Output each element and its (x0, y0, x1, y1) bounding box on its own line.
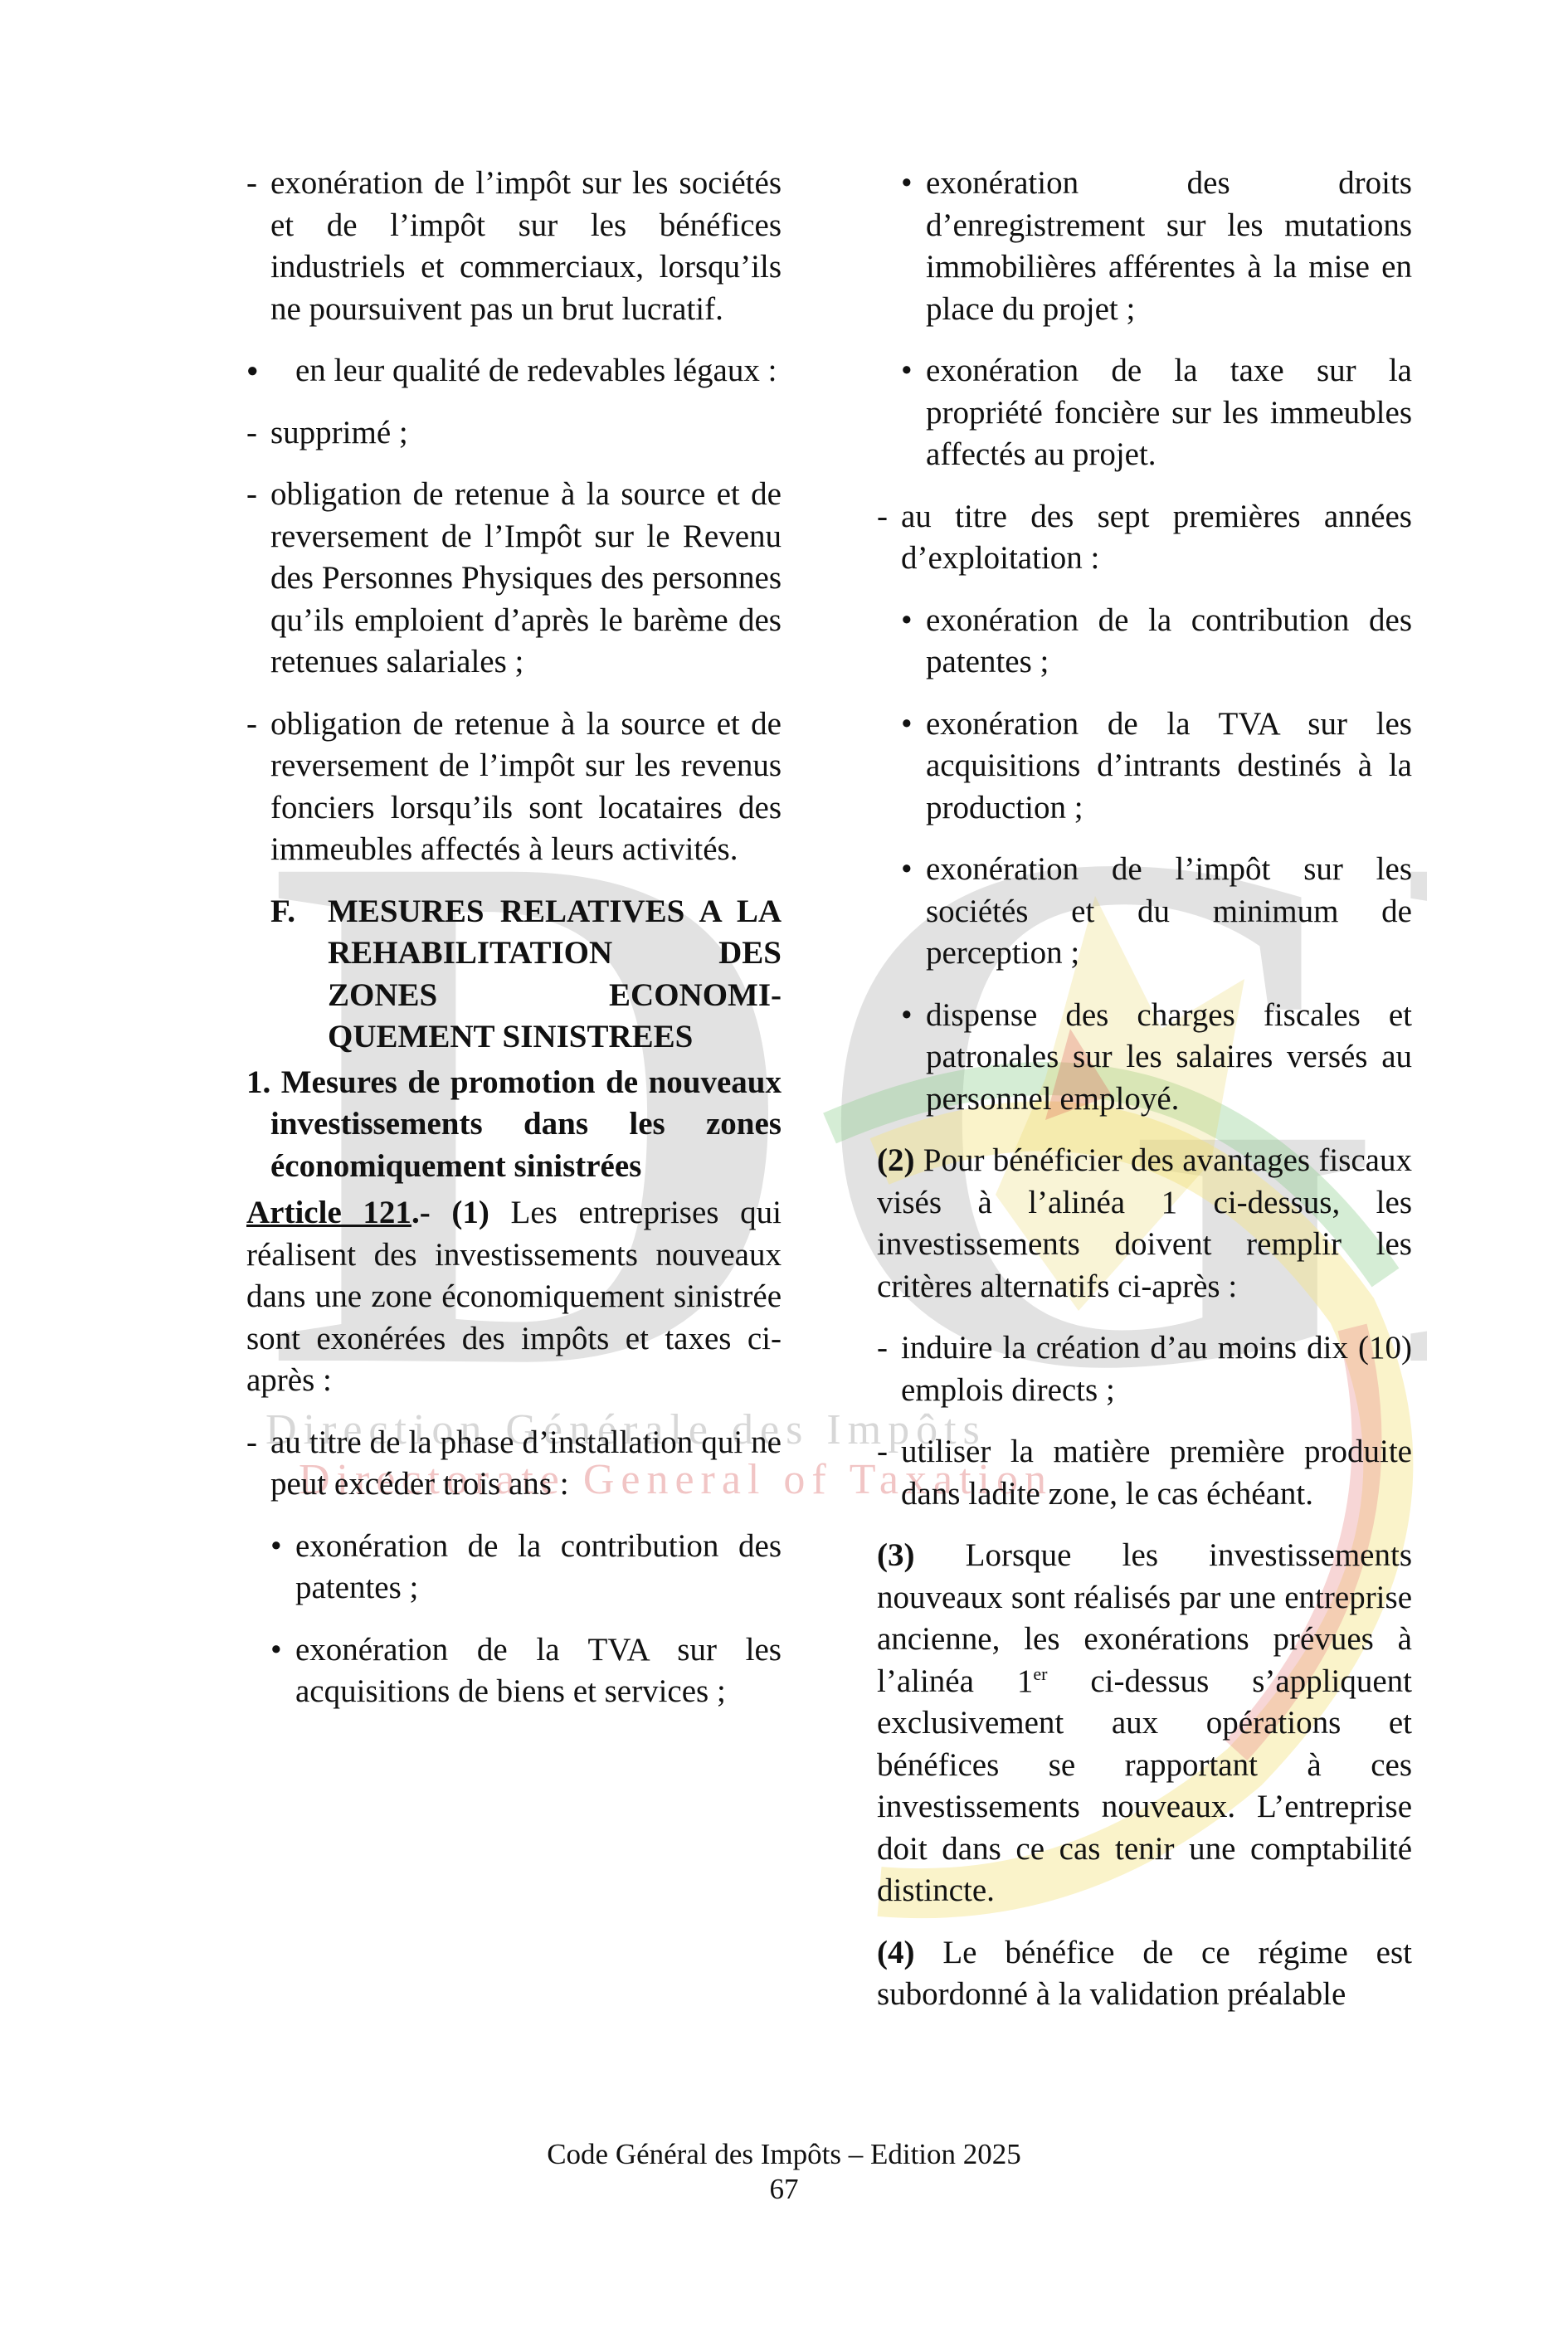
footer-title: Code Général des Impôts – Edition 2025 (0, 2137, 1568, 2172)
article-paragraph: Article 121.- (1) Les entreprises qui ré… (246, 1192, 782, 1402)
alinea-number: (2) (877, 1142, 914, 1178)
page-footer: Code Général des Impôts – Edition 2025 6… (0, 2137, 1568, 2207)
list-item: obligation de retenue à la source et de … (246, 704, 782, 871)
right-column: exonération des droits d’enregistrement … (877, 163, 1412, 2036)
alinea-3-paragraph: (3) Lorsque les investissements nouveaux… (877, 1535, 1412, 1912)
alinea-number: (4) (877, 1935, 914, 1970)
list-item: induire la création d’au moins dix (10) … (877, 1327, 1412, 1411)
sub-list-item: dispense des charges fiscales et patrona… (901, 995, 1412, 1121)
alinea-text: Pour bénéficier des avantages fiscaux vi… (877, 1142, 1412, 1304)
section-letter: F. (270, 891, 295, 933)
sub-list-item: exonération de la taxe sur la propriété … (901, 350, 1412, 476)
left-column: exonération de l’impôt sur les sociétés … (246, 163, 782, 1733)
list-item-bullet: en leur qualité de redevables légaux : (246, 350, 782, 392)
superscript: er (1033, 1663, 1047, 1684)
sub-list-item: exonération de la contribution des paten… (270, 1526, 782, 1609)
alinea-number: (1) (451, 1195, 489, 1230)
alinea-number: (3) (877, 1537, 914, 1573)
list-item: au titre de la phase d’installation qui … (246, 1422, 782, 1506)
sub-list-item: exonération de la contribution des paten… (901, 600, 1412, 684)
list-item: obligation de retenue à la source et de … (246, 474, 782, 684)
alinea-text: ci-dessus s’appliquent exclusivement aux… (877, 1663, 1412, 1909)
alinea-text: Le bénéfice de ce régime est subordonné … (877, 1935, 1412, 2013)
subsection-heading: 1. Mesures de promotion de nouveaux inve… (246, 1062, 782, 1188)
list-item: supprimé ; (246, 412, 782, 455)
list-item: au titre des sept premières années d’exp… (877, 496, 1412, 580)
list-item: exonération de l’impôt sur les sociétés … (246, 163, 782, 330)
article-separator: .- (411, 1195, 451, 1230)
article-label: Article 121 (246, 1195, 411, 1230)
sub-list-item: exonération de l’impôt sur les sociétés … (901, 849, 1412, 975)
section-f-heading: F. MESURES RELATIVES A LA REHABILITATION… (246, 891, 782, 1059)
sub-list-item: exonération des droits d’enregistrement … (901, 163, 1412, 330)
alinea-2-paragraph: (2) Pour bénéficier des avantages fiscau… (877, 1140, 1412, 1307)
section-title: MESURES RELATIVES A LA REHABILITATION DE… (328, 894, 782, 1055)
page-number: 67 (0, 2172, 1568, 2207)
alinea-4-paragraph: (4) Le bénéfice de ce régime est subordo… (877, 1932, 1412, 2016)
sub-list-item: exonération de la TVA sur les acquisitio… (901, 704, 1412, 830)
list-item: utiliser la matière première produite da… (877, 1431, 1412, 1515)
sub-list-item: exonération de la TVA sur les acquisitio… (270, 1629, 782, 1713)
